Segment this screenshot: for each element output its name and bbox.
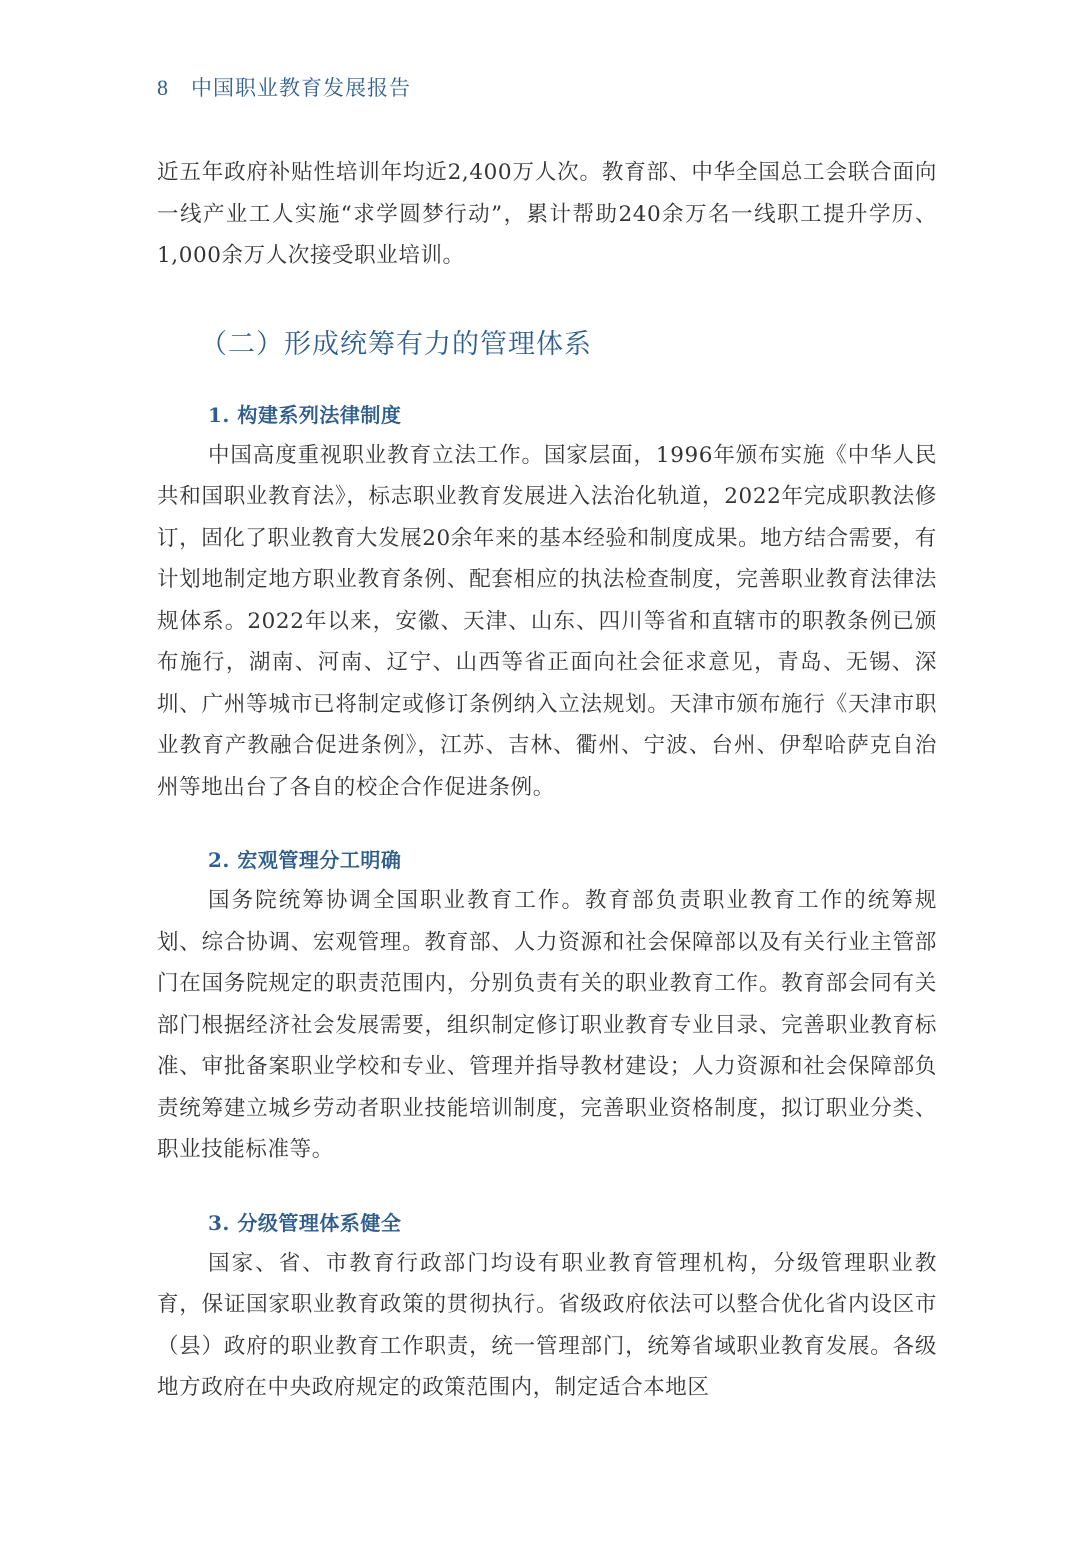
report-title: 中国职业教育发展报告 — [191, 72, 411, 102]
subsection-paragraph-2: 国务院统筹协调全国职业教育工作。教育部负责职业教育工作的统筹规划、综合协调、宏观… — [157, 880, 937, 1171]
page-number: 8 — [157, 75, 191, 101]
subsection-heading-2: 2. 宏观管理分工明确 — [208, 840, 937, 880]
subsection-heading-3: 3. 分级管理体系健全 — [208, 1203, 937, 1243]
section-title: （二）形成统筹有力的管理体系 — [200, 325, 937, 365]
page-content: 近五年政府补贴性培训年均近2,400万人次。教育部、中华全国总工会联合面向一线产… — [157, 152, 937, 1409]
subsection-paragraph-3: 国家、省、市教育行政部门均设有职业教育管理机构，分级管理职业教育，保证国家职业教… — [157, 1243, 937, 1409]
subsection-heading-1: 1. 构建系列法律制度 — [208, 395, 937, 435]
intro-paragraph: 近五年政府补贴性培训年均近2,400万人次。教育部、中华全国总工会联合面向一线产… — [157, 152, 937, 277]
running-header: 8 中国职业教育发展报告 — [157, 72, 411, 102]
subsection-paragraph-1: 中国高度重视职业教育立法工作。国家层面，1996年颁布实施《中华人民共和国职业教… — [157, 435, 937, 809]
